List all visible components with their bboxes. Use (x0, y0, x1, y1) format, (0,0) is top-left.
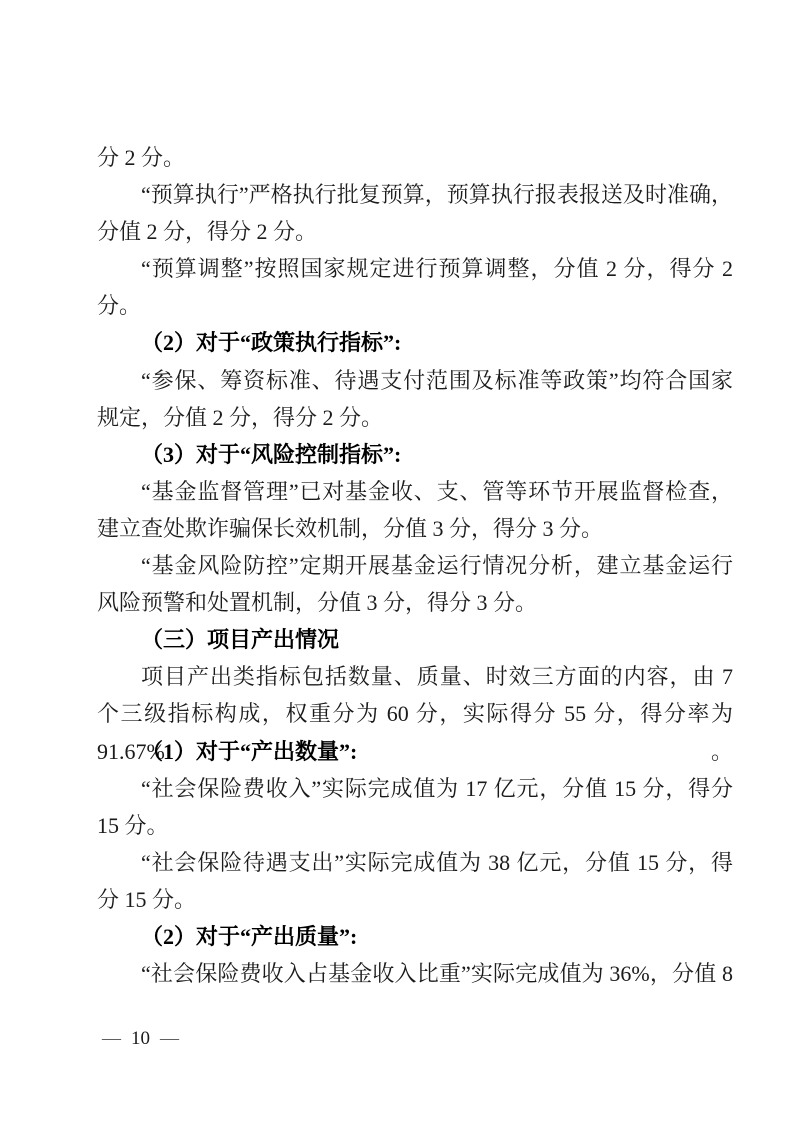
para-fund-supervision-line1: “基金监督管理”已对基金收、支、管等环节开展监督检查， (97, 473, 733, 510)
para-output-overview-line2: 个三级指标构成，权重分为 60 分，实际得分 55 分，得分率为 91.67%。 (97, 695, 733, 732)
para-insurance-income-line1: “社会保险费收入”实际完成值为 17 亿元，分值 15 分，得分 (97, 770, 733, 807)
para-insurance-expenditure-line1: “社会保险待遇支出”实际完成值为 38 亿元，分值 15 分，得 (97, 844, 733, 881)
para-insurance-income-line2: 15 分。 (97, 807, 733, 844)
page-footer: — 10 — (102, 1026, 179, 1052)
document-page: 分 2 分。 “预算执行”严格执行批复预算，预算执行报表报送及时准确， 分值 2… (0, 0, 793, 1122)
para-policy-compliance-line2: 规定，分值 2 分，得分 2 分。 (97, 399, 733, 436)
heading-output-quality: （2）对于“产出质量”: (97, 918, 733, 955)
para-fund-risk-prevention-line1: “基金风险防控”定期开展基金运行情况分析，建立基金运行 (97, 547, 733, 584)
heading-project-output: （三）项目产出情况 (97, 621, 733, 658)
body-text: 分 2 分。 “预算执行”严格执行批复预算，预算执行报表报送及时准确， 分值 2… (97, 139, 733, 992)
footer-dash-left: — (102, 1028, 121, 1050)
heading-policy-execution-indicator: （2）对于“政策执行指标”: (97, 324, 733, 361)
page-number: 10 (131, 1028, 150, 1050)
footer-dash-right: — (160, 1028, 179, 1050)
para-policy-compliance-line1: “参保、筹资标准、待遇支付范围及标准等政策”均符合国家 (97, 362, 733, 399)
para-insurance-expenditure-line2: 分 15 分。 (97, 881, 733, 918)
para-income-ratio-line1: “社会保险费收入占基金收入比重”实际完成值为 36%，分值 8 (97, 955, 733, 992)
heading-risk-control-indicator: （3）对于“风险控制指标”: (97, 436, 733, 473)
para-budget-execution-line1: “预算执行”严格执行批复预算，预算执行报表报送及时准确， (97, 176, 733, 213)
para-budget-adjustment-line1: “预算调整”按照国家规定进行预算调整，分值 2 分，得分 2 (97, 250, 733, 287)
para-fund-risk-prevention-line2: 风险预警和处置机制，分值 3 分，得分 3 分。 (97, 584, 733, 621)
para-tail-score: 分 2 分。 (97, 139, 733, 176)
para-budget-execution-line2: 分值 2 分，得分 2 分。 (97, 213, 733, 250)
para-budget-adjustment-line2: 分。 (97, 287, 733, 324)
para-output-overview-line1: 项目产出类指标包括数量、质量、时效三方面的内容，由 7 (97, 658, 733, 695)
para-fund-supervision-line2: 建立查处欺诈骗保长效机制，分值 3 分，得分 3 分。 (97, 510, 733, 547)
